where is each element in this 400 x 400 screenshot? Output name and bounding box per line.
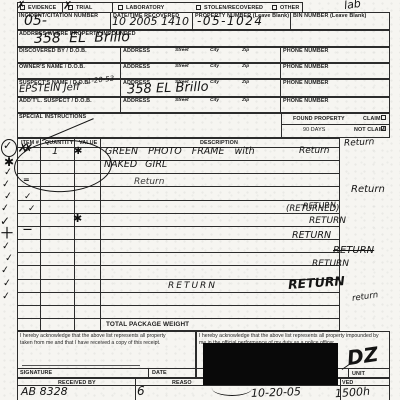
phone-label: PHONE NUMBER — [283, 48, 329, 54]
handwritten-incident-number: 05- — [24, 14, 47, 28]
return-note-row9: RETURN — [312, 260, 349, 269]
phone-label: PHONE NUMBER — [283, 64, 329, 70]
zip-label: Zip — [242, 80, 249, 85]
owner-label: OWNER'S NAME / D.O.B. — [19, 64, 85, 70]
special-instructions-label: SPECIAL INSTRUCTIONS — [19, 114, 86, 120]
handwritten-received-by: AB 8328 — [21, 386, 68, 397]
asterisk-mark: ✱ — [73, 213, 82, 224]
ninety-days-label: 90 DAYS — [303, 127, 325, 133]
row-line — [17, 226, 340, 227]
not-claim-checkbox — [381, 126, 386, 131]
handwritten-property-number: -05-1024 — [197, 15, 263, 27]
checkmark: ✓ — [3, 279, 12, 290]
city-label: City — [210, 48, 219, 53]
total-row-line — [17, 318, 340, 319]
stolen-recovered-label: STOLEN/RECOVERED — [204, 5, 263, 11]
handwritten-date: 10-20-05 — [251, 386, 301, 399]
row-line — [17, 252, 340, 253]
unit-label: UNIT — [352, 371, 365, 377]
checkmark: ✓ — [4, 168, 13, 179]
checkmark: ✓ — [2, 242, 11, 253]
ack-left-text: I hereby acknowledge that the above list… — [20, 333, 172, 347]
row-line — [17, 265, 340, 266]
handwritten-impound-address: 358 EL Brillo — [34, 30, 130, 46]
dash-mark: — — [23, 226, 32, 235]
city-label: City — [210, 98, 219, 103]
form-edge — [389, 386, 390, 400]
found-property-label: FOUND PROPERTY — [293, 116, 345, 122]
return-note-row12: return — [352, 291, 379, 303]
form-edge — [17, 386, 18, 400]
trial-check-mark: ✗ — [63, 0, 72, 11]
street-label: Street — [175, 98, 189, 103]
divider — [120, 63, 121, 79]
divider — [120, 97, 121, 113]
zip-label: Zip — [242, 98, 249, 103]
reason-label-partial: REASO — [172, 380, 192, 386]
row-line — [17, 305, 340, 306]
address-label: ADDRESS — [123, 98, 150, 104]
row-line — [17, 292, 340, 293]
address-label: ADDRESS — [123, 48, 150, 54]
checkmark: ✓ — [24, 193, 32, 202]
handwritten-time: 1500h — [335, 386, 371, 399]
divider — [280, 79, 281, 97]
date-label: DATE — [152, 370, 167, 376]
scanned-property-form: ✗ EVIDENCE ✗ TRIAL LABORATORY STOLEN/REC… — [0, 0, 400, 400]
divider — [120, 47, 121, 63]
handwritten-suspect-address: 358 EL Brillo — [127, 81, 209, 97]
trial-label: TRIAL — [76, 5, 92, 11]
divider — [135, 378, 136, 400]
claim-label: CLAIM — [363, 116, 381, 122]
return-note-claim: Return — [344, 138, 375, 149]
stolen-recovered-checkbox — [196, 5, 201, 10]
street-label: Street — [175, 48, 189, 53]
zip-label: Zip — [242, 48, 249, 53]
item-cell-scribble: ✗✗ — [17, 142, 28, 155]
evidence-label: EVIDENCE — [28, 5, 56, 11]
handwritten-description-line1: GREEN PHOTO FRAME with — [105, 147, 255, 157]
city-label: City — [210, 80, 219, 85]
discovered-by-label: DISCOVERED BY / D.O.B. — [19, 48, 87, 54]
plus-cross-mark: ＋ — [0, 227, 14, 241]
checkmark: ✓ — [2, 292, 11, 303]
city-label: City — [210, 64, 219, 69]
checkmark: ✓ — [28, 205, 36, 214]
address-label: ADDRESS — [123, 64, 150, 70]
divider — [281, 124, 390, 125]
zip-label: Zip — [242, 64, 249, 69]
divider — [280, 47, 281, 63]
return-note-row11-center: RETURN — [168, 282, 217, 291]
checkmark: ✓ — [5, 254, 14, 265]
phone-label: PHONE NUMBER — [283, 98, 329, 104]
divider — [280, 63, 281, 79]
dash-mark: = — [23, 176, 30, 184]
handwritten-datetime: 10 2005 1410 — [112, 16, 189, 27]
checkmark: ✓ — [1, 266, 10, 277]
total-package-weight-label: TOTAL PACKAGE WEIGHT — [106, 321, 189, 328]
checkmark: ✓ — [2, 180, 11, 191]
laboratory-label: LABORATORY — [126, 5, 164, 11]
return-note-row1: Return — [299, 147, 329, 156]
return-note-row4: Return — [351, 185, 385, 195]
return-note-row7: RETURN — [292, 231, 331, 241]
checkmark: ✓ — [4, 192, 13, 203]
handwritten-suspect-name: EPSTEIN Jeff — [19, 83, 80, 95]
evidence-check-mark: ✗ — [17, 1, 25, 11]
divider — [280, 97, 281, 113]
divider — [148, 368, 149, 378]
claim-checkbox — [381, 115, 386, 120]
checkmark: ✓ — [3, 140, 12, 151]
other-label: OTHER — [280, 5, 299, 11]
divider — [120, 79, 121, 97]
redaction-block — [203, 343, 338, 385]
checkmark: ✓ — [1, 204, 10, 215]
divider — [17, 368, 196, 369]
street-label: Street — [175, 64, 189, 69]
return-note-row3: Return — [134, 178, 164, 187]
received-label-partial: VED — [342, 380, 353, 386]
handwritten-unit-dz: DZ — [346, 344, 380, 368]
bin-number-label: BIN NUMBER (Leave Blank) — [293, 13, 366, 19]
signature-label: SIGNATURE — [20, 370, 52, 376]
handwritten-reason: 6 — [137, 385, 145, 397]
addl-suspect-label: ADD'T'L. SUSPECT / D.O.B. — [19, 98, 92, 104]
signature-line — [22, 365, 140, 366]
handwritten-lab-note: lab — [343, 0, 361, 11]
row-line — [17, 200, 340, 201]
laboratory-checkbox — [118, 5, 123, 10]
other-checkbox — [272, 5, 277, 10]
phone-label: PHONE NUMBER — [283, 80, 329, 86]
handwritten-description-line2: NAKED GIRL — [104, 160, 167, 170]
return-note-row6: RETURN — [309, 217, 346, 226]
return-note-row5b: RETURN — [303, 201, 336, 210]
return-note-row8: RETURN — [333, 246, 374, 256]
